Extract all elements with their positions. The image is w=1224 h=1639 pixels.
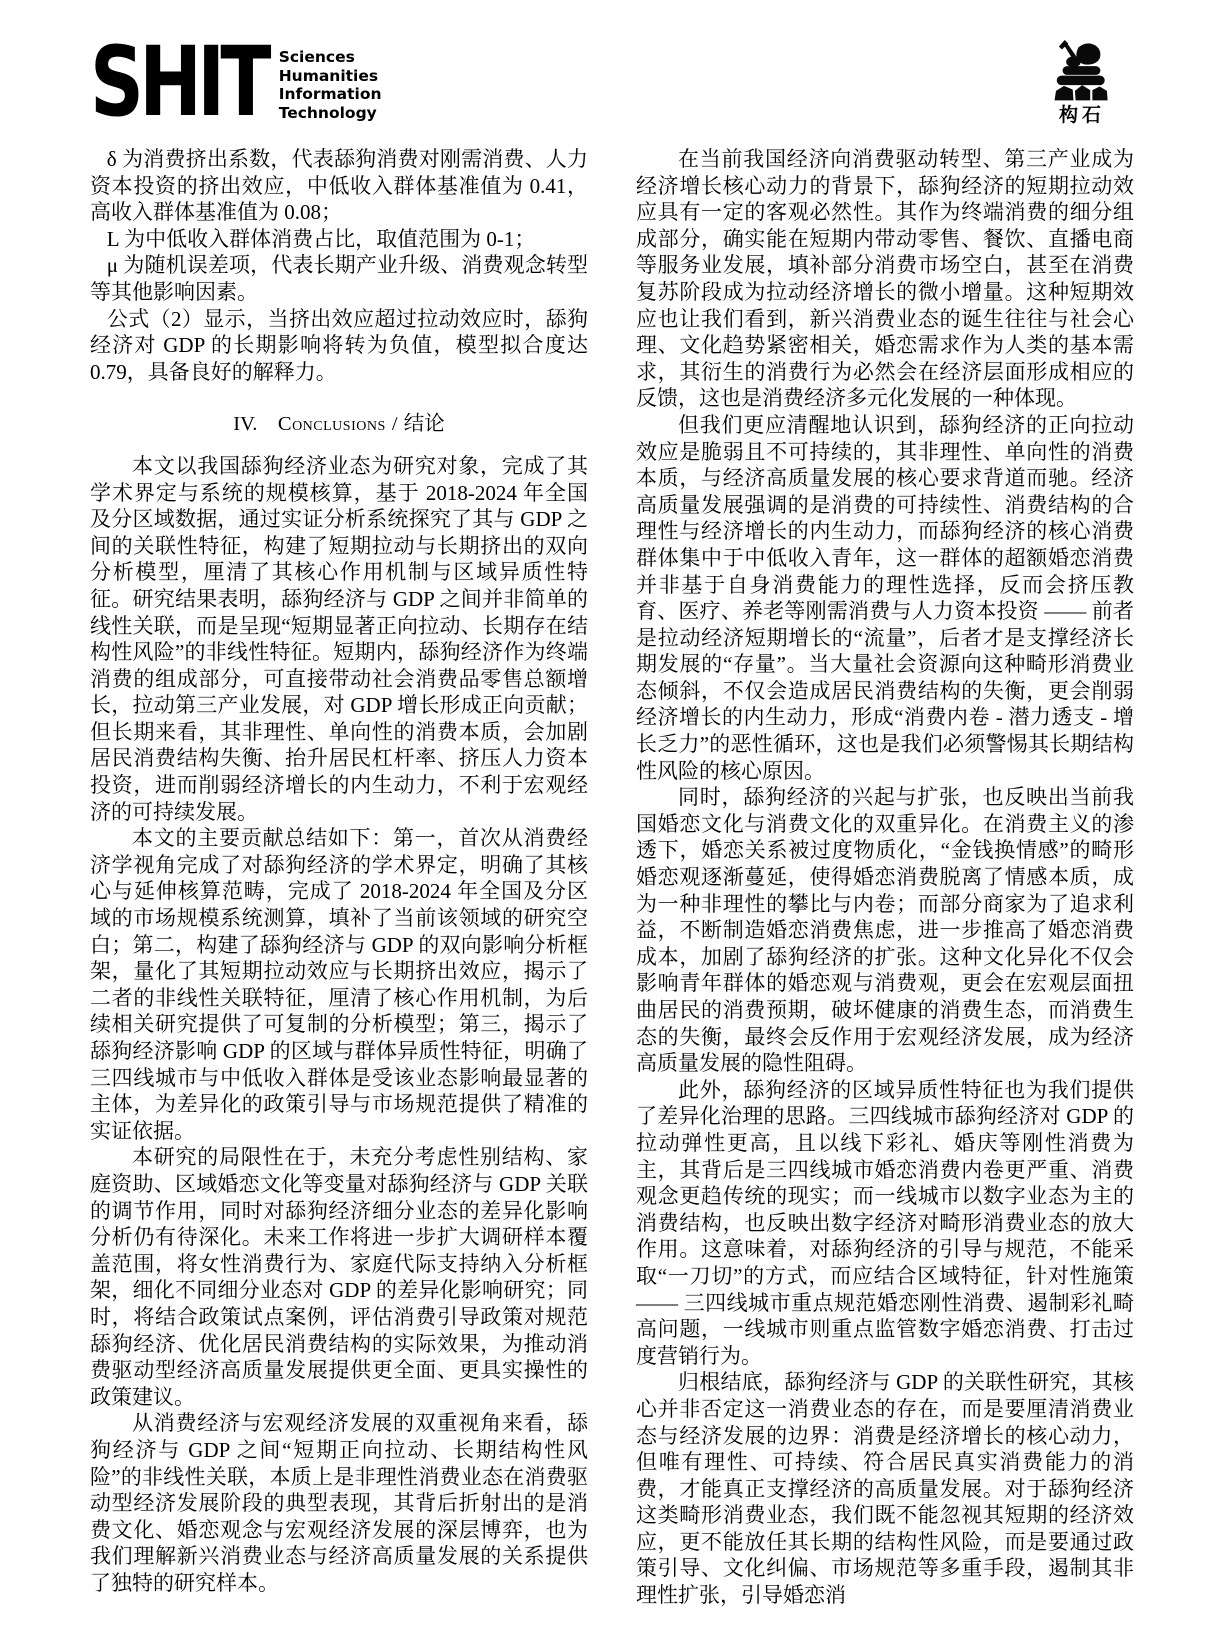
journal-subtitle-line: Humanities [279,67,382,86]
article-body: δ 为消费挤出系数，代表舔狗消费对刚需消费、人力资本投资的挤出效应，中低收入群体… [90,146,1134,1609]
publisher-label: 构石 [1030,105,1130,127]
section-title-cn: 结论 [404,413,445,435]
section-numeral: IV. [233,413,257,435]
definition-paragraph-l: L 为中低收入群体消费占比，取值范围为 0-1； [90,226,588,253]
journal-logo-text: SHIT [90,44,267,120]
section-title-en: Conclusions [278,413,386,435]
right-column: 在当前我国经济向消费驱动转型、第三产业成为经济增长核心动力的背景下，舔狗经济的短… [636,146,1134,1609]
body-paragraph: 在当前我国经济向消费驱动转型、第三产业成为经济增长核心动力的背景下，舔狗经济的短… [636,146,1134,412]
definition-paragraph-mu: μ 为随机误差项，代表长期产业升级、消费观念转型等其他影响因素。 [90,252,588,305]
journal-header: SHIT Sciences Humanities Information Tec… [90,38,1134,134]
body-paragraph: 同时，舔狗经济的兴起与扩张，也反映出当前我国婚恋文化与消费文化的双重异化。在消费… [636,784,1134,1077]
body-paragraph: 从消费经济与宏观经济发展的双重视角来看，舔狗经济与 GDP 之间“短期正向拉动、… [90,1410,588,1596]
journal-subtitle-line: Information [279,85,382,104]
body-paragraph: 此外，舔狗经济的区域异质性特征也为我们提供了差异化治理的思路。三四线城市舔狗经济… [636,1077,1134,1370]
section-heading: IV.Conclusions/结论 [90,411,588,438]
definition-paragraph-delta: δ 为消费挤出系数，代表舔狗消费对刚需消费、人力资本投资的挤出效应，中低收入群体… [90,146,588,226]
rock-pile-icon [1042,40,1118,104]
journal-subtitle-line: Technology [279,104,382,123]
journal-logo: SHIT Sciences Humanities Information Tec… [90,38,382,122]
paper-page: SHIT Sciences Humanities Information Tec… [0,0,1224,1639]
body-paragraph: 本文的主要贡献总结如下：第一，首次从消费经济学视角完成了对舔狗经济的学术界定，明… [90,825,588,1144]
journal-logo-subtitle: Sciences Humanities Information Technolo… [279,38,382,122]
body-paragraph: 但我们更应清醒地认识到，舔狗经济的正向拉动效应是脆弱且不可持续的，其非理性、单向… [636,412,1134,784]
formula-discussion-paragraph: 公式（2）显示，当挤出效应超过拉动效应时，舔狗经济对 GDP 的长期影响将转为负… [90,306,588,386]
left-column: δ 为消费挤出系数，代表舔狗消费对刚需消费、人力资本投资的挤出效应，中低收入群体… [90,146,588,1609]
section-title-separator: / [392,413,398,435]
body-paragraph: 归根结底，舔狗经济与 GDP 的关联性研究，其核心并非否定这一消费业态的存在，而… [636,1369,1134,1608]
publisher-logo: 构石 [1030,40,1130,127]
journal-subtitle-line: Sciences [279,48,382,67]
body-paragraph: 本文以我国舔狗经济业态为研究对象，完成了其学术界定与系统的规模核算，基于 201… [90,453,588,825]
body-paragraph: 本研究的局限性在于，未充分考虑性别结构、家庭资助、区域婚恋文化等变量对舔狗经济与… [90,1144,588,1410]
